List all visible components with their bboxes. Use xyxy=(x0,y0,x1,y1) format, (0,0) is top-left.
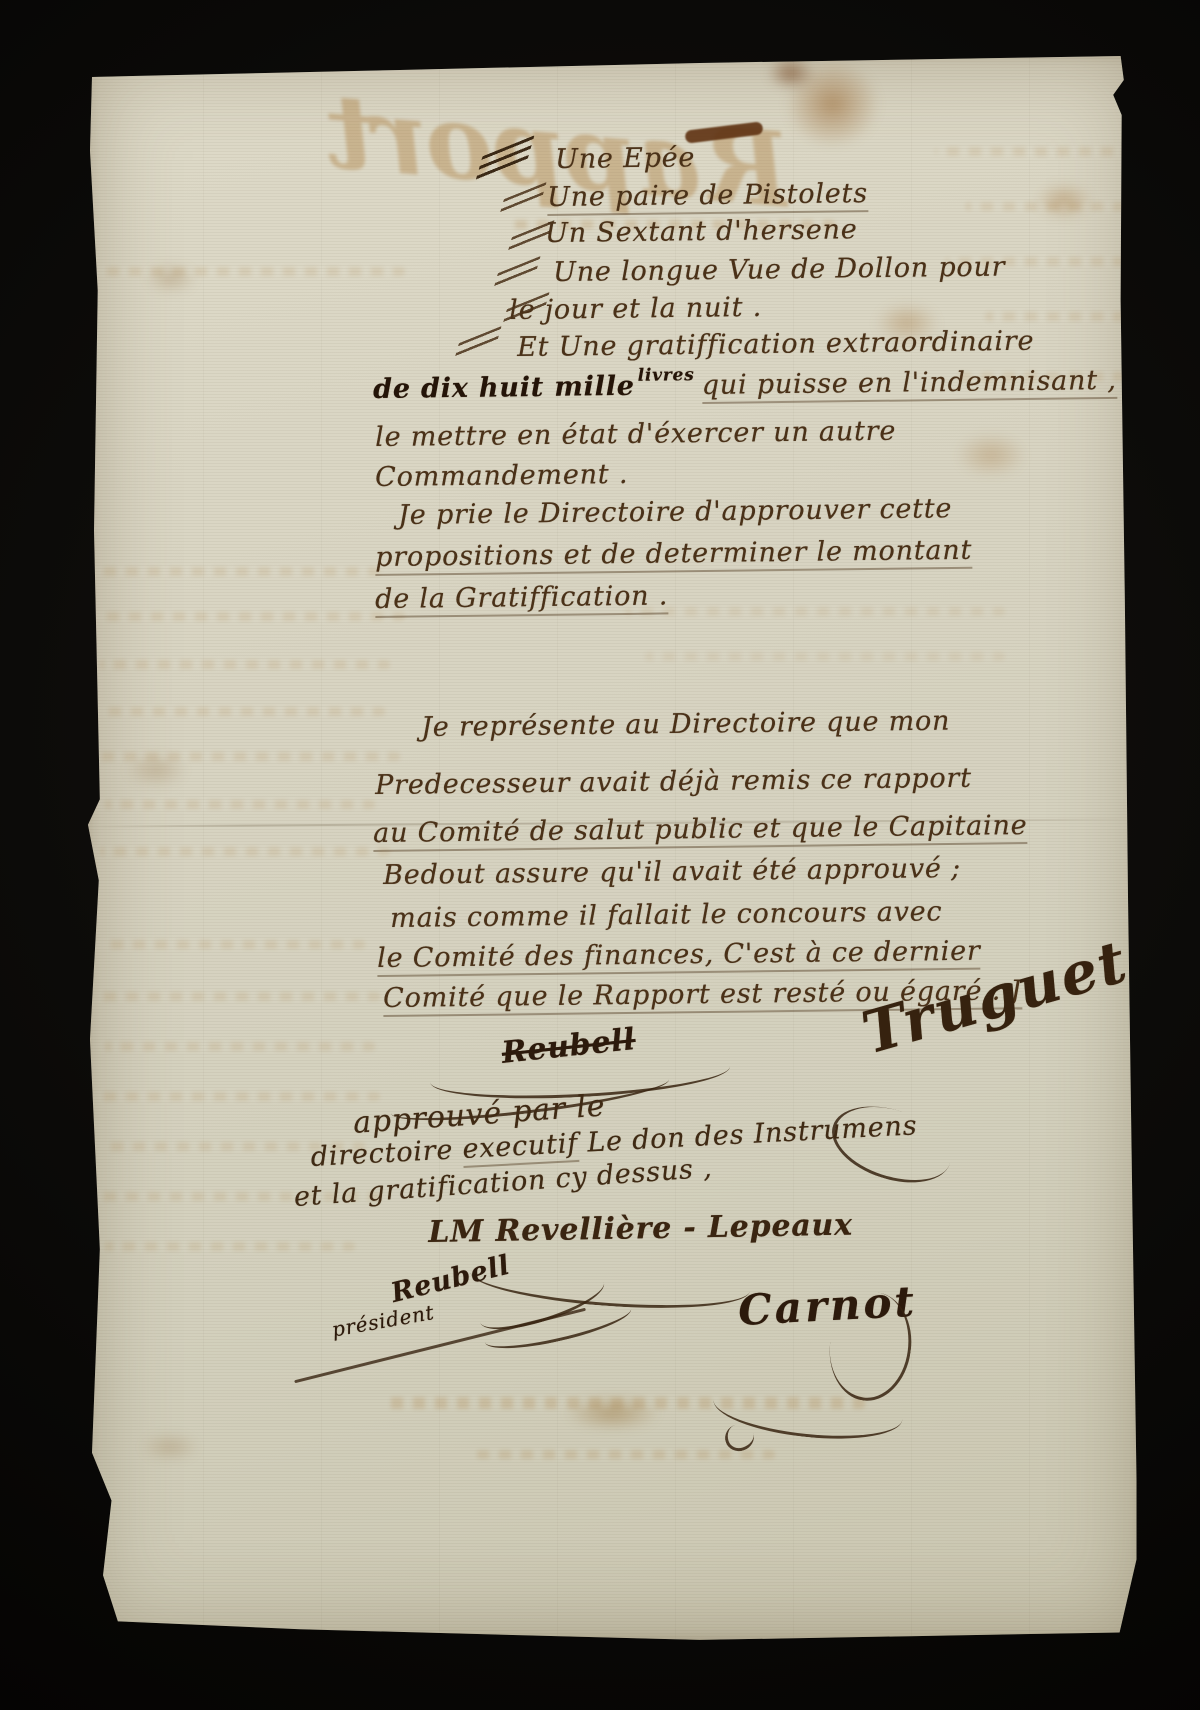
inventory-line-8: le mettre en état d'éxercer un autre xyxy=(375,416,896,453)
bleedthrough-streak xyxy=(105,707,385,716)
bleedthrough-streak xyxy=(105,800,375,809)
report-line-5: mais comme il fallait le concours avec xyxy=(390,896,943,934)
bleedthrough-streak xyxy=(105,1042,375,1051)
report-line-1: Je représente au Directoire que mon xyxy=(421,706,950,743)
report-line-3: au Comité de salut public et que le Capi… xyxy=(373,810,1028,852)
bleedthrough-streak xyxy=(105,940,365,949)
paper-stain xyxy=(145,262,197,294)
list-tick-mark xyxy=(493,256,540,289)
paper-stain xyxy=(955,432,1027,478)
currency-insertion: livres xyxy=(638,365,695,386)
paper-stain xyxy=(125,752,187,788)
inventory-line-4: Une longue Vue de Dollon pour xyxy=(553,251,1006,288)
paper-stain xyxy=(565,1395,660,1431)
bleedthrough-streak xyxy=(935,147,1135,156)
inventory-line-7-rest: qui puisse en l'indemnisant , xyxy=(702,365,1117,404)
manuscript-photo: Rapport xyxy=(0,0,1200,1710)
signature-revelliere-lepeaux: LM Revellière - Lepeaux xyxy=(428,1208,853,1250)
signature-reubell: Reubell xyxy=(388,1250,513,1309)
bleedthrough-streak xyxy=(645,652,1005,661)
inventory-line-6: Et Une gratiffication extraordinaire xyxy=(517,326,1034,363)
bleedthrough-streak xyxy=(100,992,380,1001)
inventory-line-9: Commandement . xyxy=(375,459,628,493)
request-line-1: Je prie le Directoire d'approuver cette xyxy=(398,493,952,531)
bleedthrough-streak xyxy=(100,847,390,856)
approval-line-2-word-1: directoire xyxy=(310,1135,454,1173)
inventory-line-3: Un Sextant d'hersene xyxy=(545,214,858,249)
bleedthrough-streak xyxy=(100,567,380,576)
bleedthrough-streak xyxy=(105,1242,355,1251)
inventory-line-5: le jour et la nuit . xyxy=(509,292,762,326)
report-line-4: Bedout assure qu'il avait été approuvé ; xyxy=(383,853,961,891)
list-tick-mark xyxy=(454,326,501,359)
report-line-6: le Comité des finances, C'est à ce derni… xyxy=(377,936,981,977)
signature-reubell-title: président xyxy=(330,1300,436,1342)
paper-stain xyxy=(140,1432,200,1462)
ink-stain xyxy=(767,56,815,90)
request-line-2: propositions et de determiner le montant xyxy=(375,535,972,576)
paper-stain xyxy=(1035,182,1093,220)
bleedthrough-streak xyxy=(105,612,405,621)
request-line-3: de la Gratiffication . xyxy=(375,580,668,618)
inventory-line-1: Une Epée xyxy=(555,142,695,175)
bleedthrough-streak xyxy=(475,1450,775,1459)
paper-sheet: Rapport xyxy=(85,52,1145,1642)
amount-text: de dix huit mille xyxy=(373,371,635,405)
bleedthrough-streak xyxy=(625,607,1005,616)
approval-line-2-word-2: executif xyxy=(462,1128,579,1168)
inventory-line-7: de dix huit millelivresqui puisse en l'i… xyxy=(373,365,1117,405)
bleedthrough-streak xyxy=(985,312,1125,321)
bleedthrough-streak xyxy=(100,660,390,669)
bleedthrough-streak xyxy=(100,1092,380,1101)
inventory-line-2: Une paire de Pistolets xyxy=(547,178,868,216)
report-line-2: Predecesseur avait déjà remis ce rapport xyxy=(375,763,972,801)
